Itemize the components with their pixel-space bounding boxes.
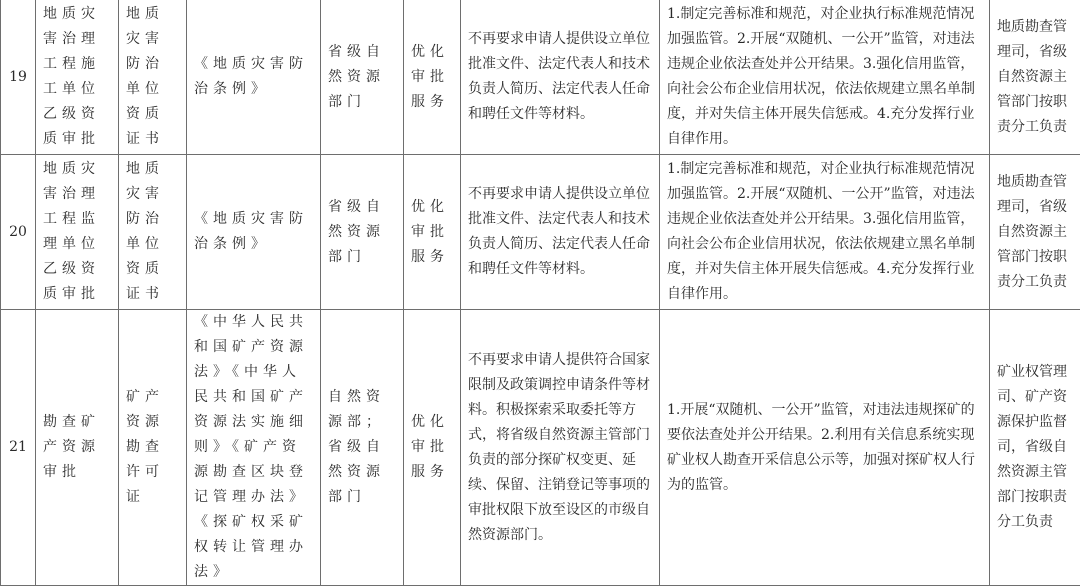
- supervision-measures: 1.制定完善标准和规范，对企业执行标准规范情况加强监管。2.开展“双随机、一公开…: [660, 0, 990, 155]
- table-row: 20 地质灾害治理工程监理单位乙级资质审批 地质灾害防治单位资质证书 《地质灾害…: [1, 155, 1080, 310]
- supervision-measures: 1.制定完善标准和规范，对企业执行标准规范情况加强监管。2.开展“双随机、一公开…: [660, 155, 990, 310]
- row-number: 20: [1, 155, 36, 310]
- responsible-unit: 矿业权管理司、矿产资源保护监督司，省级自然资源主管部门按职责分工负责: [990, 310, 1080, 535]
- item-name: 勘查矿产资源审批: [36, 310, 119, 535]
- item-name: 地质灾害治理工程施工单位乙级资质审批: [36, 0, 119, 155]
- approval-dept: 省级自然资源部门: [321, 155, 404, 310]
- reform-method: 优化审批服务: [404, 155, 461, 310]
- responsible-unit: 地质勘查管理司，省级自然资源主管部门按职责分工负责: [990, 0, 1080, 155]
- table-row: 19 地质灾害治理工程施工单位乙级资质审批 地质灾害防治单位资质证书 《地质灾害…: [1, 0, 1080, 155]
- row-number: 21: [1, 310, 36, 535]
- reform-measures: 不再要求申请人提供设立单位批准文件、法定代表人和技术负责人简历、法定代表人任命和…: [461, 155, 660, 310]
- legal-basis: 《中华人民共和国矿产资源法》《中华人民共和国矿产资源法实施细则》《矿产资源勘查区…: [187, 310, 321, 535]
- license-name: 地质灾害防治单位资质证书: [119, 155, 187, 310]
- reform-measures: 不再要求申请人提供符合国家限制及政策调控申请条件等材料。积极探索采取委托等方式，…: [461, 310, 660, 535]
- legal-basis: 《地质灾害防治条例》: [187, 0, 321, 155]
- reform-table: 19 地质灾害治理工程施工单位乙级资质审批 地质灾害防治单位资质证书 《地质灾害…: [0, 0, 1080, 534]
- table-row: 21 勘查矿产资源审批 矿产资源勘查许可证 《中华人民共和国矿产资源法》《中华人…: [1, 310, 1080, 535]
- row-number: 19: [1, 0, 36, 155]
- reform-method: 优化审批服务: [404, 0, 461, 155]
- approval-dept: 自然资源部；省级自然资源部门: [321, 310, 404, 535]
- reform-method: 优化审批服务: [404, 310, 461, 535]
- approval-dept: 省级自然资源部门: [321, 0, 404, 155]
- legal-basis: 《地质灾害防治条例》: [187, 155, 321, 310]
- item-name: 地质灾害治理工程监理单位乙级资质审批: [36, 155, 119, 310]
- license-name: 矿产资源勘查许可证: [119, 310, 187, 535]
- license-name: 地质灾害防治单位资质证书: [119, 0, 187, 155]
- supervision-measures: 1.开展“双随机、一公开”监管，对违法违规探矿的要依法查处并公开结果。2.利用有…: [660, 310, 990, 535]
- reform-measures: 不再要求申请人提供设立单位批准文件、法定代表人和技术负责人简历、法定代表人任命和…: [461, 0, 660, 155]
- responsible-unit: 地质勘查管理司，省级自然资源主管部门按职责分工负责: [990, 155, 1080, 310]
